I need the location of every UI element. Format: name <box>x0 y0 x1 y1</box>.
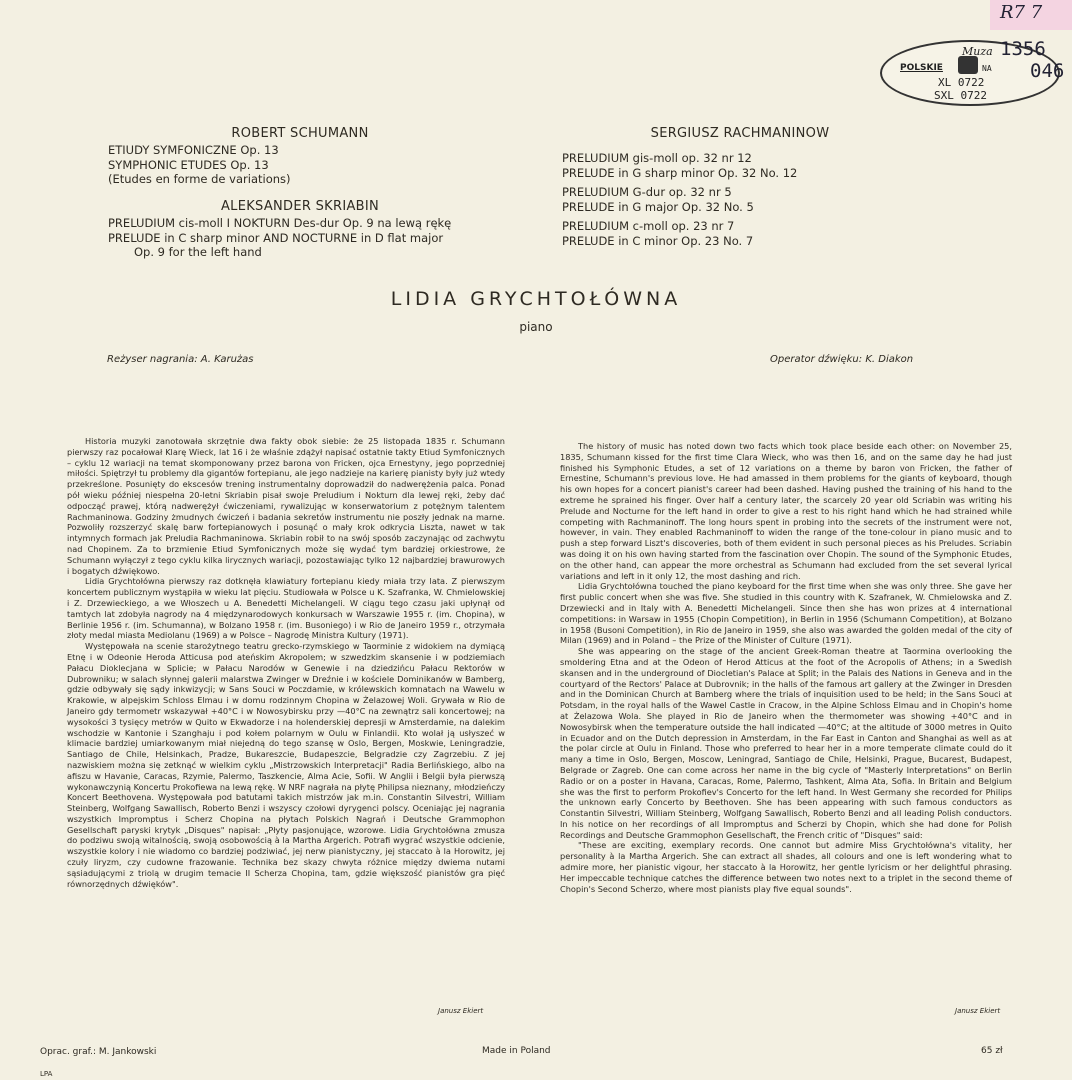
label-name: POLSKIE <box>900 63 943 73</box>
handwritten-mark: R7 7 <box>1000 2 1042 23</box>
made-in-poland: Made in Poland <box>482 1046 551 1056</box>
work-line: Op. 9 for the left hand <box>108 245 451 260</box>
work-line: PRELUDE in C sharp minor AND NOCTURNE in… <box>108 231 451 246</box>
work-line: PRELUDE in G sharp minor Op. 32 No. 12 <box>562 166 797 181</box>
composer-schumann: ROBERT SCHUMANN <box>180 126 420 141</box>
work-line: SYMPHONIC ETUDES Op. 13 <box>108 158 291 173</box>
work-line: PRELUDE in C minor Op. 23 No. 7 <box>562 234 797 249</box>
notes-paragraph: She was appearing on the stage of the an… <box>560 646 1012 840</box>
notes-paragraph: "These are exciting, exemplary records. … <box>560 840 1012 894</box>
graphic-design-credit: Oprac. graf.: M. Jankowski <box>40 1047 156 1057</box>
notes-paragraph: Historia muzyki zanotowała skrzętnie dwa… <box>67 436 505 576</box>
performer-name: LIDIA GRYCHTOŁÓWNA <box>0 288 1072 310</box>
signature-english: Janusz Ekiert <box>955 1007 1000 1015</box>
work-skriabin: PRELUDIUM cis-moll I NOKTURN Des-dur Op.… <box>108 216 451 260</box>
work-rachmaninow: PRELUDIUM gis-moll op. 32 nr 12 PRELUDE … <box>562 151 797 249</box>
composer-rachmaninow: SERGIUSZ RACHMANINOW <box>590 126 890 141</box>
work-line: ETIUDY SYMFONICZNE Op. 13 <box>108 143 291 158</box>
notes-paragraph: Występowała na scenie starożytnego teatr… <box>67 641 505 889</box>
catalog-number-stereo: SXL 0722 <box>934 89 987 102</box>
work-line: PRELUDIUM c-moll op. 23 nr 7 <box>562 219 797 234</box>
liner-notes-english: The history of music has noted down two … <box>560 441 1012 894</box>
work-line: PRELUDIUM gis-moll op. 32 nr 12 <box>562 151 797 166</box>
notes-paragraph: Lidia Grychtołówna touched the piano key… <box>560 581 1012 646</box>
work-line: PRELUDIUM cis-moll I NOKTURN Des-dur Op.… <box>108 216 451 231</box>
work-line: PRELUDIUM G-dur op. 32 nr 5 <box>562 185 797 200</box>
inventory-subnumber: 046 <box>1030 60 1064 82</box>
composer-skriabin: ALEKSANDER SKRIABIN <box>180 199 420 214</box>
label-suffix: NA <box>982 64 992 73</box>
liner-notes-polish: Historia muzyki zanotowała skrzętnie dwa… <box>67 436 505 889</box>
work-schumann: ETIUDY SYMFONICZNE Op. 13 SYMPHONIC ETUD… <box>108 143 291 187</box>
signature-polish: Janusz Ekiert <box>438 1007 483 1015</box>
price: 65 zł <box>981 1046 1003 1056</box>
recording-director: Reżyser nagrania: A. Karużas <box>107 354 254 365</box>
print-code: LPA <box>40 1070 52 1078</box>
work-line: (Etudes en forme de variations) <box>108 172 291 187</box>
work-line: PRELUDE in G major Op. 32 No. 5 <box>562 200 797 215</box>
catalog-number-mono: XL 0722 <box>938 76 984 89</box>
notes-paragraph: Lidia Grychtołówna pierwszy raz dotknęła… <box>67 576 505 641</box>
performer-instrument: piano <box>0 320 1072 334</box>
inventory-number: 1356 <box>1000 38 1046 60</box>
sound-engineer: Operator dźwięku: K. Diakon <box>770 354 913 365</box>
muza-logo-icon <box>958 56 978 74</box>
notes-paragraph: The history of music has noted down two … <box>560 441 1012 581</box>
